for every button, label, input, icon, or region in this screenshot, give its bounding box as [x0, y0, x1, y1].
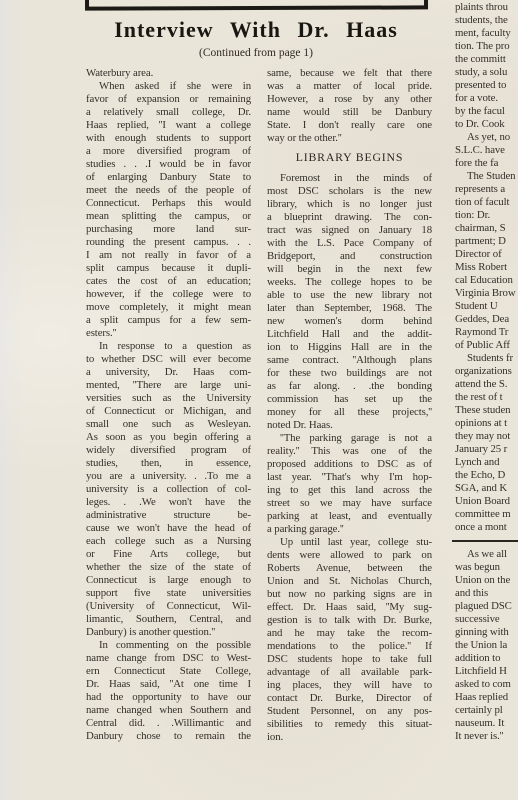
text-line: you are a university. . .To me a	[86, 470, 251, 483]
text-line: rounding the present campus. . .	[86, 236, 251, 249]
text-line: purchasing more land sur-	[86, 223, 251, 236]
text-line: for a vote.	[455, 92, 518, 105]
text-line: Director of	[455, 248, 518, 261]
text-line: to Dr. Cook	[455, 118, 518, 131]
text-line: with enough students to support	[86, 132, 251, 145]
text-line: had the opportunity to have our	[86, 691, 251, 704]
text-line: Connecticut is large enough to	[86, 574, 251, 587]
text-line: split campus because it dupli-	[86, 262, 251, 275]
text-line: meet the needs of the people of	[86, 184, 251, 197]
text-line: ing places, they will have to	[267, 679, 432, 692]
text-line: ''The parking garage is not a	[267, 432, 432, 445]
text-line: whether the size of the state of	[86, 561, 251, 574]
text-line: last year. ''That's why I'm hop-	[267, 471, 432, 484]
text-line: most DSC scholars is the new	[267, 185, 432, 198]
text-line: Up until last year, college stu-	[267, 536, 432, 549]
text-line: of Public Aff	[455, 339, 518, 352]
text-line: cause we won't have the head of	[86, 522, 251, 535]
text-line: It never is.''	[455, 730, 518, 743]
continued-from-note: (Continued from page 1)	[76, 47, 436, 59]
text-line: represents a	[455, 183, 518, 196]
text-line: a more diversified program of	[86, 145, 251, 158]
text-line: same, because we felt that there	[267, 67, 432, 80]
text-line: a parking garage.''	[267, 523, 432, 536]
text-line: (University of Connecticut, Wil-	[86, 600, 251, 613]
text-line: Connecticut. Perhaps this would	[86, 197, 251, 210]
text-line: fore the fa	[455, 157, 518, 170]
text-line: will begin in the next few	[267, 263, 432, 276]
text-line: Foremost in the minds of	[267, 172, 432, 185]
text-line: tion: Dr.	[455, 209, 518, 222]
column-middle: same, because we felt that therewas a ma…	[267, 67, 432, 744]
text-line: administrative structure be-	[86, 509, 251, 522]
text-line: versities such as the University	[86, 392, 251, 405]
text-line: name change from DSC to West-	[86, 652, 251, 665]
text-line: studies, then, in essence,	[86, 457, 251, 470]
text-line: SGA, and K	[455, 482, 518, 495]
text-line: to whether DSC will ever become	[86, 353, 251, 366]
text-line: sibilities to remedy this situat-	[267, 718, 432, 731]
text-line: university is a collection of col-	[86, 483, 251, 496]
text-line: name would still be Danbury	[267, 106, 432, 119]
text-line: Union and St. Nicholas Church,	[267, 575, 432, 588]
text-line: a split campus for a few sem-	[86, 314, 251, 327]
text-line: ion.	[267, 731, 432, 744]
text-line: ion to Higgins Hall are in the	[267, 341, 432, 354]
text-line: certainly pl	[455, 704, 518, 717]
text-line: able to use the new library not	[267, 289, 432, 302]
text-line: same contract. ''Although plans	[267, 354, 432, 367]
text-line: Roberts Avenue, between the	[267, 562, 432, 575]
text-line: attend the S.	[455, 378, 518, 391]
text-line: tion. The pro	[455, 40, 518, 53]
text-line: addition to	[455, 652, 518, 665]
masthead-box-border	[85, 0, 428, 11]
text-line: a relatively small college, Dr.	[86, 106, 251, 119]
text-line: the Echo, D	[455, 469, 518, 482]
text-line: tract was signed on January 18	[267, 224, 432, 237]
text-line: Haas replied	[455, 691, 518, 704]
column-right-top: plaints throustudents, thement, facultyt…	[455, 1, 518, 534]
text-line: S.L.C. have	[455, 144, 518, 157]
text-line: leges. . .We won't have the	[86, 496, 251, 509]
text-line: name changed when Southern and	[86, 704, 251, 717]
text-line: Student U	[455, 300, 518, 313]
text-line: they may not	[455, 430, 518, 443]
text-line: noted Dr. Haas.	[267, 419, 432, 432]
text-line: committee m	[455, 508, 518, 521]
column-divider-rule	[452, 540, 518, 542]
text-line: a university, Dr. Haas com-	[86, 366, 251, 379]
text-line: reality.'' This was one of the	[267, 445, 432, 458]
text-line: tion of facult	[455, 196, 518, 209]
text-line: cal Education	[455, 274, 518, 287]
text-line: ern Connecticut State College,	[86, 665, 251, 678]
text-line: Danbury) is another question.''	[86, 626, 251, 639]
newspaper-page: Interview With Dr. Haas (Continued from …	[0, 0, 518, 800]
text-line: Raymond Tr	[455, 326, 518, 339]
text-line: successive	[455, 613, 518, 626]
text-line: Central did. . .Willimantic and	[86, 717, 251, 730]
text-line: but now no parking signs are in	[267, 588, 432, 601]
text-line: In commenting on the possible	[86, 639, 251, 652]
text-line: and he may take the recom-	[267, 627, 432, 640]
text-line: Litchfield H	[455, 665, 518, 678]
text-line: gestion is to talk with Dr. Burke,	[267, 614, 432, 627]
text-line: new women's dorm behind	[267, 315, 432, 328]
text-line: As soon as you begin offering a	[86, 431, 251, 444]
text-line: proposed additions to DSC as of	[267, 458, 432, 471]
text-line: Litchfield Hall and the addit-	[267, 328, 432, 341]
text-line: widely diversified program of	[86, 444, 251, 457]
text-line: However, a rose by any other	[267, 93, 432, 106]
text-line: esters.''	[86, 327, 251, 340]
text-line: weeks. The college hopes to be	[267, 276, 432, 289]
text-line: Geddes, Dea	[455, 313, 518, 326]
text-line: cates the cost of an education;	[86, 275, 251, 288]
text-line: limantic, Southern, Central, and	[86, 613, 251, 626]
text-line: When asked if she were in	[86, 80, 251, 93]
text-line: however, if the college were to	[86, 288, 251, 301]
column-right: plaints throustudents, thement, facultyt…	[455, 1, 518, 743]
text-line: was a matter of local pride.	[267, 80, 432, 93]
text-line: Union Board	[455, 495, 518, 508]
text-line: Miss Robert	[455, 261, 518, 274]
text-line: later than September, 1968. The	[267, 302, 432, 315]
text-line: parking at least, and eventually	[267, 510, 432, 523]
text-line: a blueprint drawing. The con-	[267, 211, 432, 224]
section-heading-library-begins: LIBRARY BEGINS	[267, 151, 432, 164]
text-line: small one such as Wesleyan.	[86, 418, 251, 431]
text-line: the Union la	[455, 639, 518, 652]
text-line: and this	[455, 587, 518, 600]
text-line: ing to get this land across the	[267, 484, 432, 497]
text-line: Students fr	[455, 352, 518, 365]
text-line: Student Personnel, on any pos-	[267, 705, 432, 718]
text-line: money for all these projects,''	[267, 406, 432, 419]
text-line: dents were allowed to park on	[267, 549, 432, 562]
text-line: the rest of t	[455, 391, 518, 404]
text-line: mean splitting the campus, or	[86, 210, 251, 223]
text-line: street so we may have surface	[267, 497, 432, 510]
text-line: each college such as a Nursing	[86, 535, 251, 548]
text-line: for these two buildings are not	[267, 367, 432, 380]
text-line: ment, faculty	[455, 27, 518, 40]
column-middle-rest: Foremost in the minds ofmost DSC scholar…	[267, 172, 432, 744]
text-line: with the L.S. Pace Company of	[267, 237, 432, 250]
text-line: State. I don't really care one	[267, 119, 432, 132]
text-line: ginning with	[455, 626, 518, 639]
text-line: As we all	[455, 548, 518, 561]
text-line: Lynch and	[455, 456, 518, 469]
column-right-bottom: As we allwas begunUnion on theand thispl…	[455, 548, 518, 743]
text-line: Dr. Haas said, ''At one time I	[86, 678, 251, 691]
text-line: students, the	[455, 14, 518, 27]
text-line: These studen	[455, 404, 518, 417]
text-line: Virginia Brow	[455, 287, 518, 300]
text-line: organizations	[455, 365, 518, 378]
column-left: Waterbury area.When asked if she were in…	[86, 67, 251, 743]
text-line: I am not really in favor of a	[86, 249, 251, 262]
text-line: The Studen	[455, 170, 518, 183]
text-line: the committ	[455, 53, 518, 66]
text-line: nauseum. It	[455, 717, 518, 730]
text-line: studies . . .I would be in favor	[86, 158, 251, 171]
text-line: In response to a question as	[86, 340, 251, 353]
text-line: effect. Dr. Haas said, ''My sug-	[267, 601, 432, 614]
text-line: study, a solu	[455, 66, 518, 79]
text-line: Waterbury area.	[86, 67, 251, 80]
text-line: asked to com	[455, 678, 518, 691]
text-line: once a mont	[455, 521, 518, 534]
text-line: plaints throu	[455, 1, 518, 14]
text-line: advantage of all available park-	[267, 666, 432, 679]
text-line: commission has set up the	[267, 393, 432, 406]
text-line: Bridgeport, and construction	[267, 250, 432, 263]
text-line: as far along. . .the bonding	[267, 380, 432, 393]
text-line: library, which is no longer just	[267, 198, 432, 211]
text-line: Haas replied, ''I want a college	[86, 119, 251, 132]
column-middle-intro: same, because we felt that therewas a ma…	[267, 67, 432, 145]
text-line: favor of expansion or remaining	[86, 93, 251, 106]
text-line: Danbury chose to remain the	[86, 730, 251, 743]
text-line: of enlarging Danbury State to	[86, 171, 251, 184]
text-line: presented to	[455, 79, 518, 92]
text-line: plagued DSC	[455, 600, 518, 613]
text-line: contact Dr. Burke, Director of	[267, 692, 432, 705]
text-line: partment; D	[455, 235, 518, 248]
text-line: opinions at t	[455, 417, 518, 430]
text-line: Union on the	[455, 574, 518, 587]
text-line: chairman, S	[455, 222, 518, 235]
text-line: move completely, it might mean	[86, 301, 251, 314]
text-line: by the facul	[455, 105, 518, 118]
text-line: DSC students hope to take full	[267, 653, 432, 666]
text-line: support five state universities	[86, 587, 251, 600]
text-line: mented, ''There are large uni-	[86, 379, 251, 392]
text-line: January 25 r	[455, 443, 518, 456]
text-line: of Connecticut or Michigan, and	[86, 405, 251, 418]
text-line: mendations to the police.'' If	[267, 640, 432, 653]
text-line: As yet, no	[455, 131, 518, 144]
text-line: was begun	[455, 561, 518, 574]
text-line: or Fine Arts college, but	[86, 548, 251, 561]
article-title: Interview With Dr. Haas	[76, 18, 436, 42]
text-line: way or the other.''	[267, 132, 432, 145]
